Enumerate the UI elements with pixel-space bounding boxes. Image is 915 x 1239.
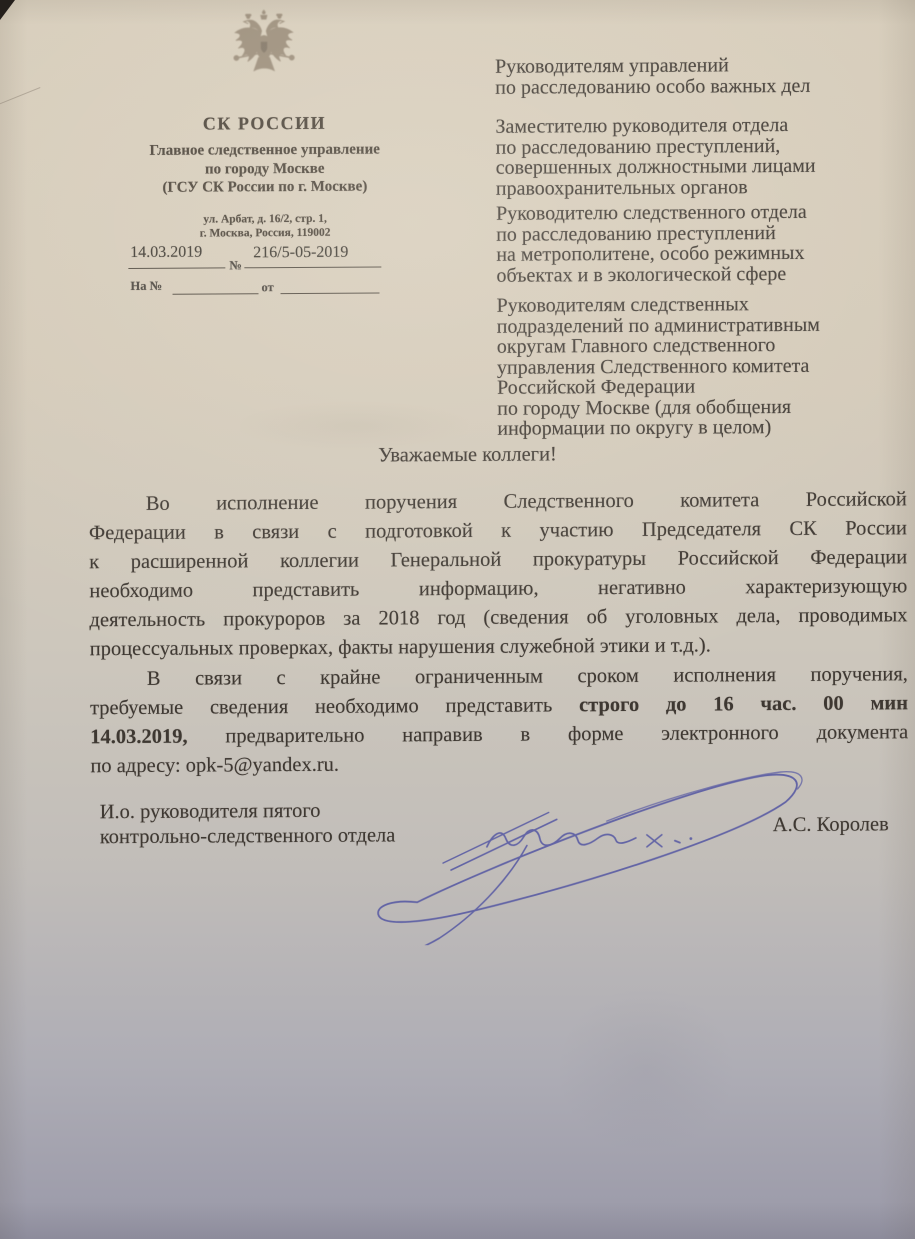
bleedthrough-smudge (556, 985, 736, 1155)
addressee-block: Руководителю следственного отдела по рас… (496, 202, 807, 286)
incoming-number-underline (173, 293, 259, 295)
outgoing-date: 14.03.2019 (130, 244, 202, 262)
paragraph-line: процессуальных проверках, факты нарушени… (90, 630, 908, 664)
bleedthrough-smudge (240, 402, 470, 450)
org-name-line: по городу Москве (89, 159, 441, 180)
incoming-date-underline (281, 292, 380, 294)
org-name-line: (ГСУ СК России по г. Москве) (89, 177, 441, 198)
signer-position: И.о. руководителя пятого контрольно-след… (100, 798, 396, 849)
letterhead: СК РОССИИ Главное следственное управлени… (88, 6, 441, 241)
scanned-letter-page: СК РОССИИ Главное следственное управлени… (0, 0, 915, 1239)
handwritten-signature (354, 748, 820, 946)
number-sign-label: № (229, 258, 242, 273)
date-underline (128, 267, 225, 269)
addressee-block: Заместителю руководителя отдела по рассл… (495, 115, 815, 199)
number-underline (244, 266, 381, 268)
body-paragraph-1: Во исполнение поручения Следственного ко… (89, 485, 908, 664)
org-name-line: Главное следственное управление (89, 140, 441, 161)
paragraph-line: деятельность прокуроров за 2018 год (све… (89, 601, 907, 635)
org-address-line: г. Москва, Россия, 119002 (89, 225, 441, 241)
line-text: предварительно направив в форме электрон… (225, 721, 908, 747)
incoming-number-label: На № (130, 279, 162, 294)
addressee-block: Руководителям следственных подразделений… (497, 294, 821, 439)
incoming-date-label: от (261, 280, 273, 295)
deadline-text-bold: строго до 16 час. 00 мин (579, 692, 908, 716)
deadline-date-bold: 14.03.2019, (90, 726, 188, 749)
addressee-block: Руководителям управлений по расследовани… (495, 55, 810, 98)
line-text: требуемые сведения необходимо представит… (90, 694, 552, 719)
outgoing-number: 216/5-05-2019 (253, 244, 348, 263)
org-name-short: СК РОССИИ (88, 112, 440, 135)
coat-of-arms-icon (225, 7, 304, 95)
page-content: СК РОССИИ Главное следственное управлени… (0, 0, 915, 1239)
